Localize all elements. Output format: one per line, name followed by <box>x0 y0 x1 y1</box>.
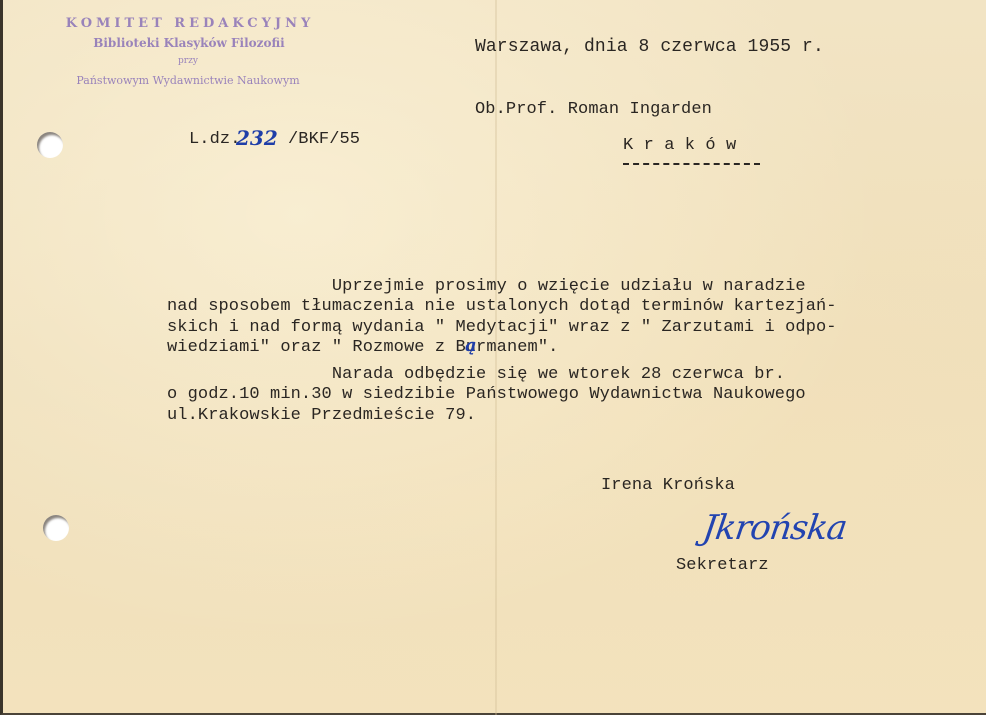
stamp-line-4: Państwowym Wydawnictwie Naukowym <box>53 74 323 87</box>
stamp-line-2: Biblioteki Klasyków Filozofii <box>69 36 309 50</box>
body-line: skich i nad formą wydania " Medytacji" w… <box>167 318 837 339</box>
signatory-title: Sekretarz <box>676 556 769 577</box>
reference-suffix: /BKF/55 <box>288 130 360 151</box>
stamp-line-3: przy <box>153 56 223 66</box>
handwritten-signature: Jkrońska <box>700 508 849 548</box>
body-line: ul.Krakowskie Przedmieście 79. <box>167 406 476 427</box>
body-line: o godz.10 min.30 w siedzibie Państwowego… <box>167 385 806 406</box>
reference-number-handwritten: 232 <box>236 126 278 150</box>
city-underline <box>623 163 760 165</box>
recipient-city: K r a k ó w <box>623 136 736 157</box>
letter-page: KOMITET REDAKCYJNY Biblioteki Klasyków F… <box>0 0 986 715</box>
place-date: Warszawa, dnia 8 czerwca 1955 r. <box>475 37 824 58</box>
signatory-name: Irena Krońska <box>601 476 735 497</box>
body-line: wiedziami" oraz " Rozmowe z Burmanem". <box>167 338 558 359</box>
stamp-line-1: KOMITET REDAKCYJNY <box>59 16 321 31</box>
punch-hole-bottom <box>43 515 69 541</box>
body-line: Narada odbędzie się we wtorek 28 czerwca… <box>167 365 785 386</box>
body-line: nad sposobem tłumaczenia nie ustalonych … <box>167 297 837 318</box>
punch-hole-top <box>37 132 63 158</box>
body-line: Uprzejmie prosimy o wzięcie udziału w na… <box>167 277 806 298</box>
handwritten-correction: ą <box>465 335 477 356</box>
recipient-name: Ob.Prof. Roman Ingarden <box>475 100 712 121</box>
reference-prefix: L.dz. <box>189 130 241 151</box>
